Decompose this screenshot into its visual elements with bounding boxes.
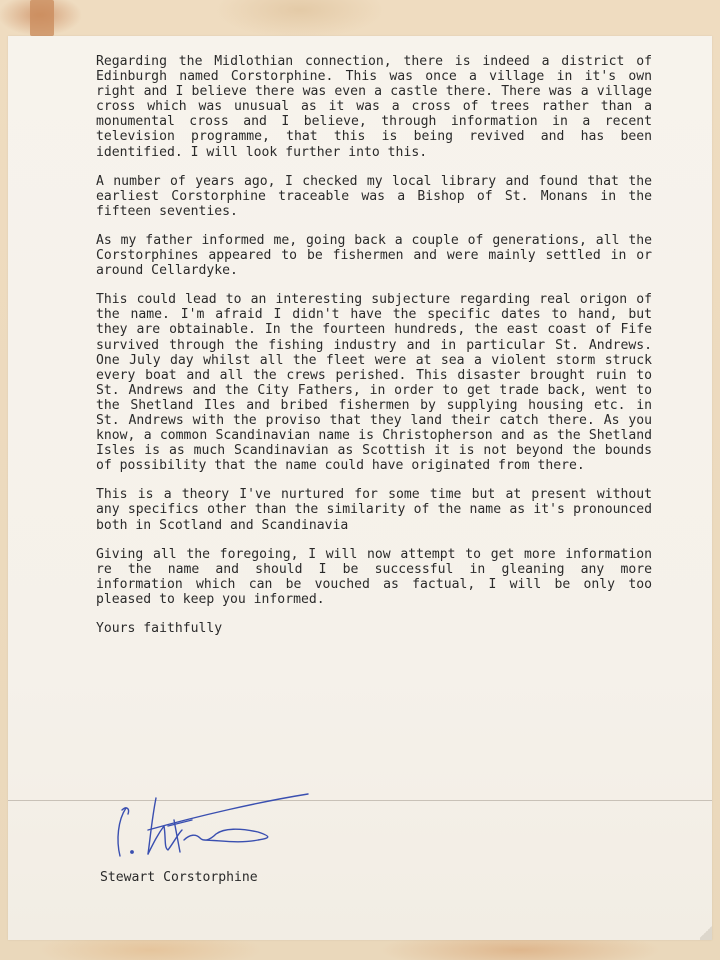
- paragraph-pronunciation: This is a theory I've nurtured for some …: [96, 487, 652, 532]
- signer-name: Stewart Corstorphine: [100, 870, 258, 885]
- paragraph-midlothian: Regarding the Midlothian connection, the…: [96, 54, 652, 160]
- paragraph-library: A number of years ago, I checked my loca…: [96, 174, 652, 219]
- page-corner-curl: [700, 924, 712, 940]
- handwritten-signature-icon: [108, 790, 318, 865]
- letter-body: Regarding the Midlothian connection, the…: [96, 54, 652, 650]
- paragraph-origin-theory: This could lead to an interesting subjec…: [96, 292, 652, 473]
- paragraph-fishermen: As my father informed me, going back a c…: [96, 233, 652, 278]
- closing: Yours faithfully: [96, 621, 652, 636]
- paragraph-foregoing: Giving all the foregoing, I will now att…: [96, 547, 652, 607]
- rust-stain: [30, 0, 54, 36]
